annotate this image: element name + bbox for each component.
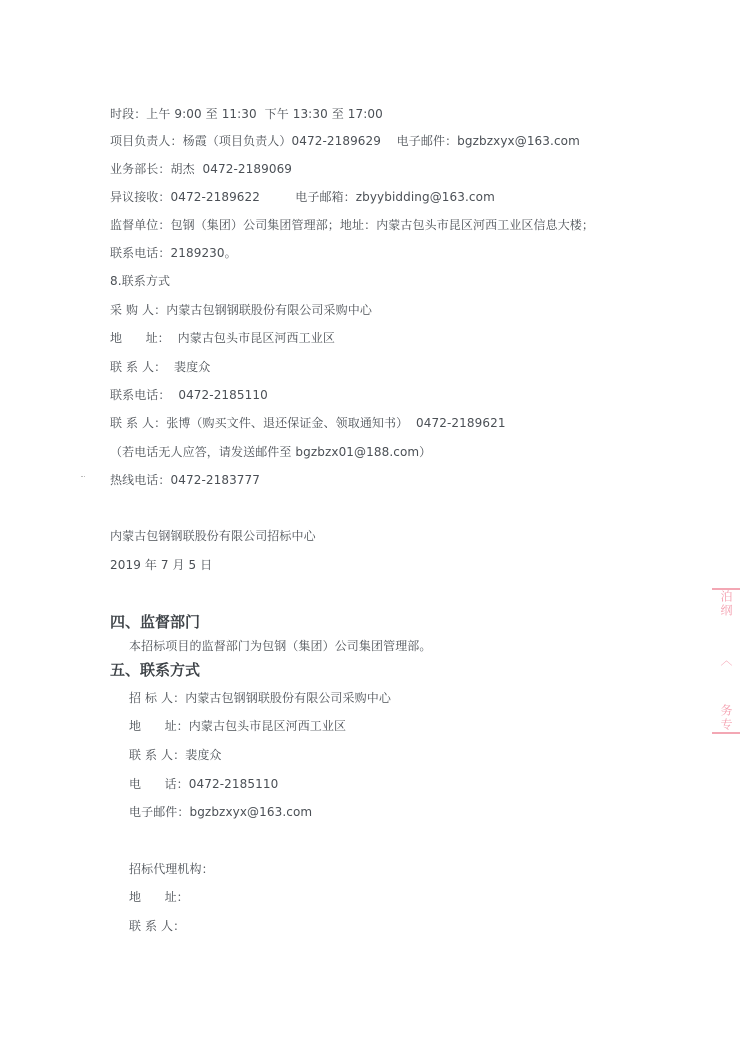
hotline-line: 热线电话：0472-2183777 (110, 472, 260, 488)
section8-title: 8.联系方式 (110, 273, 170, 289)
agency-line: 招标代理机构： (129, 861, 214, 877)
stamp-text-top: 泊纲 (718, 590, 734, 618)
contact-person-2-line: 联 系 人：张博（购买文件、退还保证金、领取通知书） 0472-2189621 (110, 415, 506, 431)
stamp-text-lower: 务专 (718, 704, 734, 732)
contact-phone-line: 联系电话： 0472-2185110 (110, 387, 268, 403)
objection-line: 异议接收：0472-2189622 电子邮箱：zbyybidding@163.c… (110, 189, 495, 205)
section4-body: 本招标项目的监督部门为包钢（集团）公司集团管理部。 (129, 638, 432, 654)
tenderer-contact-line: 联 系 人：裴度众 (129, 747, 222, 763)
address-line: 地 址： 内蒙古包头市昆区河西工业区 (110, 330, 335, 346)
scan-speck (81, 476, 85, 479)
section5-title: 五、联系方式 (110, 661, 200, 679)
tenderer-line: 招 标 人：内蒙古包钢钢联股份有限公司采购中心 (129, 690, 391, 706)
purchaser-line: 采 购 人：内蒙古包钢钢联股份有限公司采购中心 (110, 302, 372, 318)
signature-org: 内蒙古包钢钢联股份有限公司招标中心 (110, 528, 316, 544)
signature-date: 2019 年 7 月 5 日 (110, 557, 212, 573)
stamp-text-middle: 〈 (718, 654, 734, 668)
section4-title: 四、监督部门 (110, 613, 200, 631)
business-head-line: 业务部长：胡杰 0472-2189069 (110, 161, 292, 177)
agency-contact-line: 联 系 人： (129, 918, 185, 934)
schedule-line: 时段：上午 9:00 至 11:30 下午 13:30 至 17:00 (110, 106, 383, 122)
tenderer-phone-line: 电 话：0472-2185110 (129, 776, 278, 792)
supervisor-phone-line: 联系电话：2189230。 (110, 245, 237, 261)
supervisor-line: 监督单位：包钢（集团）公司集团管理部；地址：内蒙古包头市昆区河西工业区信息大楼； (110, 217, 594, 233)
agency-address-line: 地 址： (129, 889, 189, 905)
document-page: 时段：上午 9:00 至 11:30 下午 13:30 至 17:00 项目负责… (0, 0, 750, 1060)
seal-stamp: 泊纲 〈 务专 (712, 588, 740, 734)
tenderer-email-line: 电子邮件：bgzbzxyx@163.com (129, 804, 312, 820)
email-fallback-line: （若电话无人应答，请发送邮件至 bgzbzx01@188.com） (110, 444, 431, 460)
contact-person-line: 联 系 人： 裴度众 (110, 359, 210, 375)
tenderer-address-line: 地 址：内蒙古包头市昆区河西工业区 (129, 718, 346, 734)
project-lead-line: 项目负责人：杨霞（项目负责人）0472-2189629 电子邮件：bgzbzxy… (110, 133, 580, 149)
